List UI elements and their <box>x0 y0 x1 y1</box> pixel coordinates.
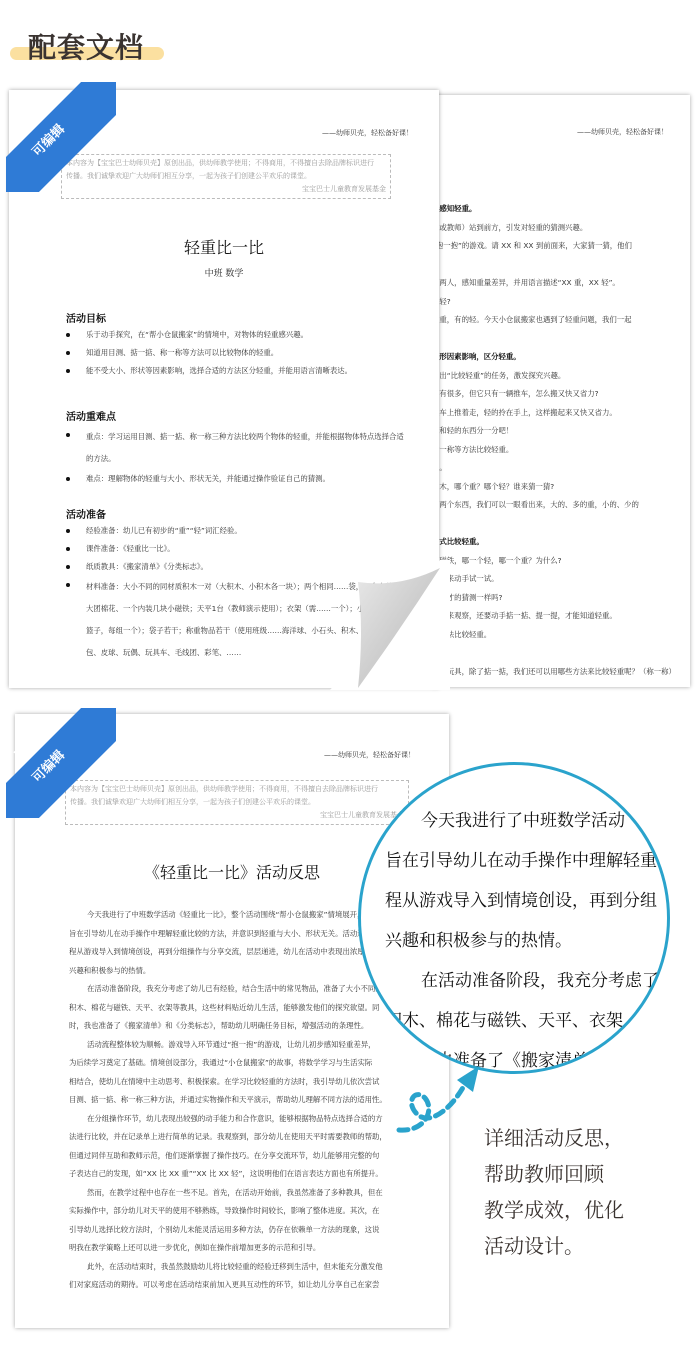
doc-line: 跟刚才的猜测一样吗? <box>432 589 690 608</box>
doc-line: 西有很多，但它只有一辆推车，怎么搬又快又省力? <box>432 385 690 404</box>
feature-caption: 详细活动反思， 帮助教师回顾 教学成效，优化 活动设计。 <box>484 1120 624 1264</box>
doc-line: 步感知轻重。 <box>432 200 690 219</box>
word-editable-ribbon: Word 可编辑 <box>6 708 116 818</box>
paragraph-line: 在分组操作环节，幼儿表现出较强的动手能力和合作意识，能够根据物品特点选择合适的方 <box>69 1110 424 1129</box>
section-heading-key-points: 活动重难点 <box>66 408 116 423</box>
paragraph-line: 但通过同伴互助和教师示范，他们逐渐掌握了操作技巧。在分享交流环节，幼儿能够用完整… <box>69 1147 424 1166</box>
lesson-doc-page-2: ——幼师贝壳，轻松备好课！ 步感知轻重。（或教师）站到前方，引发对轻重的猜测兴趣… <box>432 95 690 687</box>
doc-line: （或教师）站到前方，引发对轻重的猜测兴趣。 <box>432 219 690 238</box>
doc-line: 起两人，感知重量差异，并用语言描述“XX 重，XX 轻”。 <box>432 274 690 293</box>
section-heading: 配套文档 <box>10 24 170 64</box>
caption-line: 帮助教师回顾 <box>484 1156 624 1192</box>
doc-line: 引出“比较轻重”的任务，激发探究兴趣。 <box>432 367 690 386</box>
word-editable-ribbon: Word 可编辑 <box>6 82 116 192</box>
notice-line: 传播。我们诚挚欢迎广大幼师们相互分享，一起为孩子们创建公平欢乐的课堂。 <box>70 796 404 809</box>
doc-body-lines: 步感知轻重。（或教师）站到前方，引发对轻重的猜测兴趣。“抱一抱”的游戏。请 XX… <box>432 200 690 681</box>
doc-line: 外形因素影响，区分轻重。 <box>432 348 690 367</box>
doc-line: 的重，有的轻。今天小仓鼠搬家也遇到了轻重问题，我们一起 <box>432 311 690 330</box>
section-heading-goals: 活动目标 <box>66 310 106 325</box>
list-item: 能不受大小、形状等因素影响，选择合适的方法区分轻重，并能用语言清晰表达。 <box>64 362 424 380</box>
paragraph-line: 明我在教学策略上还可以进一步优化，例如在操作前增加更多的示范和引导。 <box>69 1239 424 1258</box>
notice-signature: 宝宝巴士儿童教育发展基金 <box>70 809 404 822</box>
doc-tagline: ——幼师贝壳，轻松备好课！ <box>577 127 668 137</box>
doc-line: 重。 <box>432 459 690 478</box>
doc-tagline: ——幼师贝壳，轻松备好课！ <box>322 128 413 138</box>
paragraph-line: 活动流程整体较为顺畅。游戏导入环节通过“抱一抱”的游戏，让幼儿初步感知轻重差异， <box>69 1036 424 1055</box>
doc-line <box>432 256 690 275</box>
paragraph-line: 此外，在活动结束时，我虽然鼓励幼儿将比较轻重的经验迁移到生活中，但未能充分激发他 <box>69 1258 424 1277</box>
notice-line: 本内容为【宝宝巴士幼师贝壳】原创出品，供幼师教学使用；不得商用，不得擅自去除品牌… <box>70 783 404 796</box>
paragraph-line: 子表达自己的发现，如“XX 比 XX 重”“XX 比 XX 轻”，这说明他们在语… <box>69 1165 424 1184</box>
list-item: 难点：理解物体的轻重与大小、形状无关，并能通过操作验证自己的猜测。 <box>64 470 404 488</box>
section-heading-preparation: 活动准备 <box>66 506 106 521</box>
doc-line: 推车上推着走，轻的拎在手上，这样搬起来又快又省力。 <box>432 404 690 423</box>
doc-subtitle: 中班 数学 <box>9 266 439 279</box>
magnified-line: 今天我进行了中班数学活动 <box>385 801 659 841</box>
magnified-text: 今天我进行了中班数学活动旨在引导幼儿在动手操作中理解轻重程从游戏导入到情境创设，… <box>385 801 659 1074</box>
paragraph-line: 实际操作中，部分幼儿对天平的使用不够熟练，导致操作时间较长，影响了整体进度。其次… <box>69 1202 424 1221</box>
list-item: 重点：学习运用目测、掂一掂、称一称三种方法比较两个物体的轻重，并能根据物体特点选… <box>64 426 404 470</box>
dashed-arrow-icon <box>395 1060 495 1150</box>
paragraph-line: 目测、掂一掂、称一称三种方法，并通过实物操作和天平演示，帮助幼儿理解不同方法的适… <box>69 1091 424 1110</box>
page-curl-corner <box>330 560 450 690</box>
list-item: 乐于动手探究，在“帮小仓鼠搬家”的情境中，对物体的轻重感兴趣。 <box>64 326 424 344</box>
magnified-line: 兴趣和积极参与的热情。 <box>385 921 659 961</box>
doc-line: 重和轻的东西分一分吧！ <box>432 422 690 441</box>
doc-line: 谁轻? <box>432 293 690 312</box>
doc-line: 眼睛来观察，还要动手掂一掂、提一提，才能知道轻重。 <box>432 607 690 626</box>
paragraph-line: 积木、棉花与磁铁、天平、衣架等教具，这些材料贴近幼儿生活，能够激发他们的探究欲望… <box>69 999 424 1018</box>
caption-line: 活动设计。 <box>484 1228 624 1264</box>
magnified-line: 程从游戏导入到情境创设，再到分组 <box>385 881 659 921</box>
magnified-line: 积木、棉花与磁铁、天平、衣架 <box>385 1001 659 1041</box>
caption-line: 详细活动反思， <box>484 1120 624 1156</box>
doc-line: 方式比较轻重。 <box>432 533 690 552</box>
doc-title: 轻重比一比 <box>9 235 439 258</box>
list-item: 经验准备：幼儿已有初步的“重”“轻”词汇经验。 <box>64 522 394 540</box>
doc-line: 的方法比较轻重。 <box>432 626 690 645</box>
paragraph-line: 法进行比较，并在记录单上进行简单的记录。我观察到，部分幼儿在使用天平时需要教师的… <box>69 1128 424 1147</box>
list-item: 课件准备：《轻重比一比》。 <box>64 540 394 558</box>
doc-line: “抱一抱”的游戏。请 XX 和 XX 到前面来，大家猜一猜，他们 <box>432 237 690 256</box>
paragraph-line: 在活动准备阶段，我充分考虑了幼儿已有经验，结合生活中的常见物品，准备了大小不同的 <box>69 980 424 999</box>
doc-line <box>432 644 690 663</box>
doc-line: 的两个东西，我们可以一眼看出来，大的、多的重，小的、少的 <box>432 496 690 515</box>
copyright-notice: 本内容为【宝宝巴士幼师贝壳】原创出品，供幼师教学使用；不得商用，不得擅自去除品牌… <box>65 780 409 825</box>
paragraph-line: 为后续学习奠定了基础。情境创设部分，我通过“小仓鼠搬家”的故事，将数学学习与生活… <box>69 1054 424 1073</box>
magnified-line: 在活动准备阶段，我充分考虑了 <box>385 961 659 1001</box>
paragraph-line: 们对家庭活动的期待。可以考虑在活动结束前加入更具互动性的环节，如让幼儿分享自己在… <box>69 1276 424 1295</box>
magnified-line: 旨在引导幼儿在动手操作中理解轻重 <box>385 841 659 881</box>
doc-line: 和磁铁，哪一个轻，哪一个重？为什么? <box>432 552 690 571</box>
caption-line: 教学成效，优化 <box>484 1192 624 1228</box>
paragraph-line: 然而，在教学过程中也存在一些不足。首先，在活动开始前，我虽然准备了多种教具，但在 <box>69 1184 424 1203</box>
doc-line: 称一称等方法比较轻重。 <box>432 441 690 460</box>
list-item: 知道用目测、掂一掂、称一称等方法可以比较物体的轻重。 <box>64 344 424 362</box>
paragraph-line: 引导幼儿选择比较方法时，个别幼儿未能灵活运用多种方法，仍存在依赖单一方法的现象，… <box>69 1221 424 1240</box>
paragraph-line: 相结合，使幼儿在情境中主动思考、积极探索。在学习比较轻重的方法时，我引导幼儿依次… <box>69 1073 424 1092</box>
doc-line: 积木，哪个重？哪个轻？谁来猜一猜? <box>432 478 690 497</box>
doc-tagline: ——幼师贝壳，轻松备好课！ <box>324 750 415 760</box>
goals-list: 乐于动手探究，在“帮小仓鼠搬家”的情境中，对物体的轻重感兴趣。 知道用目测、掂一… <box>64 326 424 380</box>
paragraph-line: 时，我也准备了《搬家清单》和《分类标志》，帮助幼儿明确任务目标，增强活动的条理性… <box>69 1017 424 1036</box>
key-points-list: 重点：学习运用目测、掂一掂、称一称三种方法比较两个物体的轻重，并能根据物体特点选… <box>64 426 404 488</box>
doc-line: 一些玩具，除了掂一掂，我们还可以用哪些方法来比较轻重呢？（称一称） <box>432 663 690 682</box>
section-title-text: 配套文档 <box>28 26 144 66</box>
magnifier-lens: 今天我进行了中班数学活动旨在引导幼儿在动手操作中理解轻重程从游戏导入到情境创设，… <box>358 762 670 1074</box>
doc-line: 请你来动手试一试。 <box>432 570 690 589</box>
doc-line <box>432 330 690 349</box>
doc-line <box>432 515 690 534</box>
